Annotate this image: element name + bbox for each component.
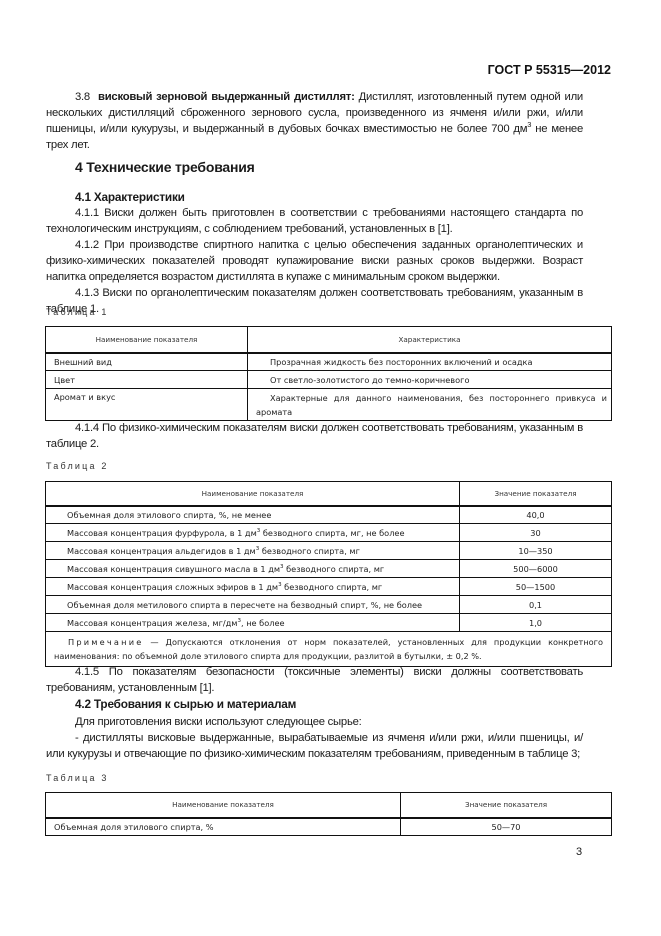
table-2-note: Примечание — Допускаются отклонения от н… bbox=[46, 632, 612, 667]
table-cell: Объемная доля этилового спирта, %, не ме… bbox=[46, 506, 460, 524]
paragraph-4-1-1: 4.1.1 Виски должен быть приготовлен в со… bbox=[46, 205, 583, 237]
table-cell: Массовая концентрация фурфурола, в 1 дм3… bbox=[46, 524, 460, 542]
table-cell: Внешний вид bbox=[46, 353, 248, 371]
table-cell: Массовая концентрация сложных эфиров в 1… bbox=[46, 578, 460, 596]
table-row: Массовая концентрация альдегидов в 1 дм3… bbox=[46, 542, 612, 560]
table-1-caption: Таблица 1 bbox=[46, 307, 109, 317]
table-row: Объемная доля этилового спирта, % 50—70 bbox=[46, 818, 612, 836]
table-2-header: Значение показателя bbox=[460, 482, 612, 506]
table-row: Массовая концентрация сложных эфиров в 1… bbox=[46, 578, 612, 596]
table-cell: 0,1 bbox=[460, 596, 612, 614]
section-4-2-paragraphs: Для приготовления виски используют следу… bbox=[46, 714, 583, 762]
table-cell: 500—6000 bbox=[460, 560, 612, 578]
definition-3-8: 3.8 висковый зерновой выдержанный дистил… bbox=[46, 89, 583, 153]
table-row: Объемная доля метилового спирта в пересч… bbox=[46, 596, 612, 614]
table-cell: Массовая концентрация сивушного масла в … bbox=[46, 560, 460, 578]
table-cell: Массовая концентрация альдегидов в 1 дм3… bbox=[46, 542, 460, 560]
table-row: Аромат и вкус Характерные для данного на… bbox=[46, 389, 612, 421]
table-row: Объемная доля этилового спирта, %, не ме… bbox=[46, 506, 612, 524]
definition-term: висковый зерновой выдержанный дистиллят: bbox=[98, 91, 355, 103]
table-3-caption: Таблица 3 bbox=[46, 773, 109, 783]
table-cell: 40,0 bbox=[460, 506, 612, 524]
table-cell: Объемная доля этилового спирта, % bbox=[46, 818, 401, 836]
table-note-row: Примечание — Допускаются отклонения от н… bbox=[46, 632, 612, 667]
section-4-1-title: 4.1 Характеристики bbox=[75, 190, 185, 204]
table-cell: Характерные для данного наименования, бе… bbox=[248, 389, 612, 421]
table-cell: 30 bbox=[460, 524, 612, 542]
paragraph-4-1-2: 4.1.2 При производстве спиртного напитка… bbox=[46, 237, 583, 285]
section-4-2-title: 4.2 Требования к сырью и материалам bbox=[75, 697, 296, 711]
paragraph-4-1-5: 4.1.5 По показателям безопасности (токси… bbox=[46, 664, 583, 696]
table-cell: 10—350 bbox=[460, 542, 612, 560]
table-cell: Объемная доля метилового спирта в пересч… bbox=[46, 596, 460, 614]
table-row: Массовая концентрация железа, мг/дм3, не… bbox=[46, 614, 612, 632]
page-number: 3 bbox=[576, 846, 582, 858]
section-4-2-item-1: - дистилляты висковые выдержанные, выраб… bbox=[46, 730, 583, 762]
definition-number: 3.8 bbox=[75, 91, 90, 103]
section-4-title: 4 Технические требования bbox=[75, 159, 255, 175]
table-row: Цвет От светло-золотистого до темно-кори… bbox=[46, 371, 612, 389]
table-cell: 50—70 bbox=[401, 818, 612, 836]
table-row: Внешний вид Прозрачная жидкость без пост… bbox=[46, 353, 612, 371]
table-3-header: Наименование показателя bbox=[46, 793, 401, 818]
section-4-2-intro: Для приготовления виски используют следу… bbox=[46, 714, 583, 730]
paragraph-4-1-3: 4.1.3 Виски по органолептическим показат… bbox=[46, 285, 583, 317]
table-cell: Прозрачная жидкость без посторонних вклю… bbox=[248, 353, 612, 371]
paragraph-4-1-4: 4.1.4 По физико-химическим показателям в… bbox=[46, 420, 583, 452]
table-cell: От светло-золотистого до темно-коричнево… bbox=[248, 371, 612, 389]
section-4-1-paragraphs: 4.1.1 Виски должен быть приготовлен в со… bbox=[46, 205, 583, 317]
table-2: Наименование показателя Значение показат… bbox=[45, 481, 612, 667]
table-cell: 1,0 bbox=[460, 614, 612, 632]
table-cell: Массовая концентрация железа, мг/дм3, не… bbox=[46, 614, 460, 632]
document-header-id: ГОСТ Р 55315—2012 bbox=[488, 63, 611, 77]
table-row: Массовая концентрация фурфурола, в 1 дм3… bbox=[46, 524, 612, 542]
table-cell: Аромат и вкус bbox=[46, 389, 248, 421]
table-row: Массовая концентрация сивушного масла в … bbox=[46, 560, 612, 578]
table-3-header: Значение показателя bbox=[401, 793, 612, 818]
table-1-header: Наименование показателя bbox=[46, 327, 248, 353]
table-cell: Цвет bbox=[46, 371, 248, 389]
table-3: Наименование показателя Значение показат… bbox=[45, 792, 612, 836]
table-cell: 50—1500 bbox=[460, 578, 612, 596]
paragraph-4-1-4-block: 4.1.4 По физико-химическим показателям в… bbox=[46, 420, 583, 452]
paragraph-4-1-5-block: 4.1.5 По показателям безопасности (токси… bbox=[46, 664, 583, 696]
table-2-caption: Таблица 2 bbox=[46, 461, 109, 471]
table-1-header: Характеристика bbox=[248, 327, 612, 353]
table-2-header: Наименование показателя bbox=[46, 482, 460, 506]
table-1: Наименование показателя Характеристика В… bbox=[45, 326, 612, 421]
